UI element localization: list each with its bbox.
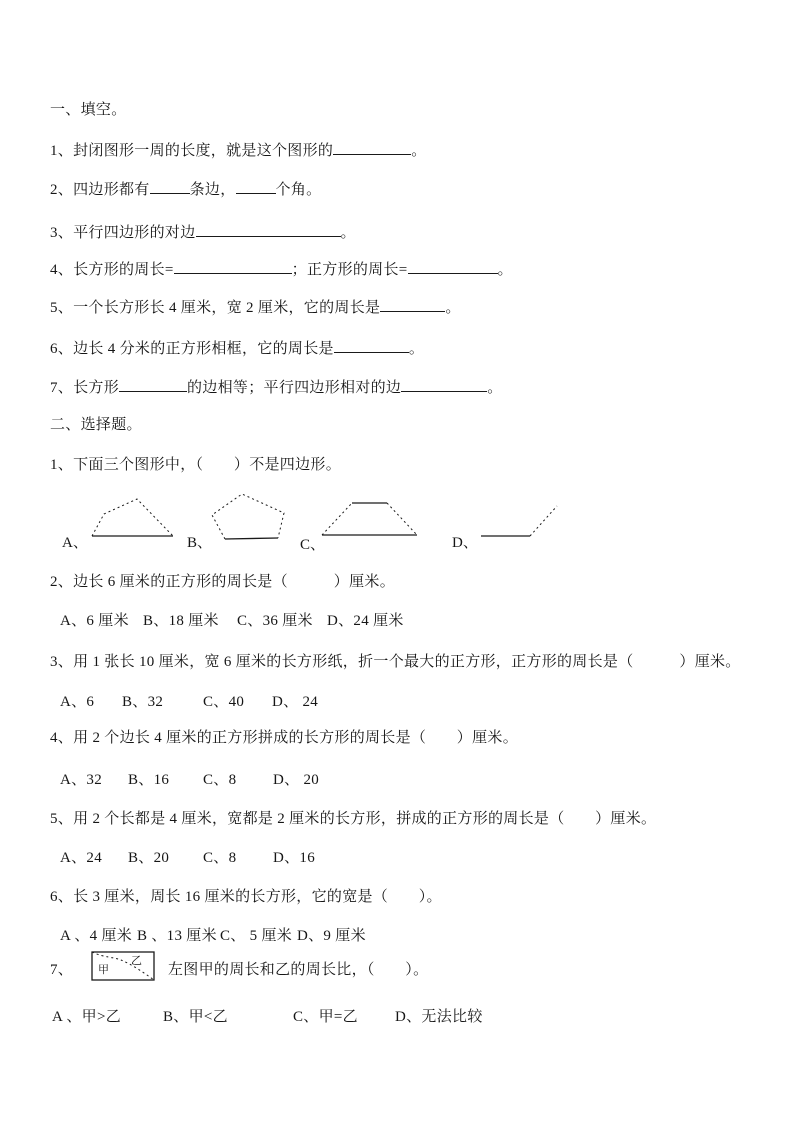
option-c: C、 5 厘米: [220, 926, 292, 946]
fill-q2: 2、四边形都有条边，个角。: [50, 179, 321, 200]
choice-q2: 2、边长 6 厘米的正方形的周长是（ ）厘米。: [50, 572, 395, 592]
trapezoid-figure: [320, 500, 420, 538]
option-a: A、24: [60, 848, 102, 868]
fill-q3-blank: [196, 222, 341, 237]
fill-q2-end: 个角。: [276, 182, 322, 198]
fill-q1-text: 1、封闭图形一周的长度，就是这个图形的: [50, 143, 333, 159]
choice-q1-figures: A、 B、 C、 D、: [0, 488, 793, 554]
choice-q7-text: 左图甲的周长和乙的周长比，（ ）。: [168, 960, 428, 980]
option-c: C、40: [203, 692, 244, 712]
fill-q6-blank: [334, 338, 409, 353]
fill-q6: 6、边长 4 分米的正方形相框，它的周长是。: [50, 338, 424, 359]
fill-q5-text: 5、一个长方形长 4 厘米，宽 2 厘米，它的周长是: [50, 300, 380, 316]
section2-title: 二、选择题。: [50, 415, 142, 435]
region-jia-label: 甲: [98, 963, 109, 976]
fill-q4-blank1: [174, 259, 292, 274]
option-a: A 、4 厘米: [60, 926, 132, 946]
fill-q5-blank: [380, 297, 445, 312]
pentagon-figure: [210, 490, 288, 542]
fill-q2-text: 2、四边形都有: [50, 182, 150, 198]
choice-q3: 3、用 1 张长 10 厘米，宽 6 厘米的长方形纸，折一个最大的正方形，正方形…: [50, 652, 741, 672]
fill-q7-blank2: [401, 377, 487, 392]
fill-q3-text: 3、平行四边形的对边: [50, 225, 196, 241]
figure-a-label: A、: [62, 531, 88, 552]
choice-q2-options: A、6 厘米 B、18 厘米 C、36 厘米 D、24 厘米: [0, 611, 793, 633]
fill-q4-mid: ；正方形的周长=: [292, 262, 408, 278]
fill-q4-blank2: [408, 259, 498, 274]
region-yi-label: 乙: [131, 954, 142, 967]
option-a: A、32: [60, 770, 102, 790]
option-a: A、6: [60, 692, 94, 712]
option-a: A 、甲>乙: [52, 1007, 121, 1027]
option-d: D、16: [273, 848, 315, 868]
choice-q6-options: A 、4 厘米 B 、13 厘米 C、 5 厘米 D、9 厘米: [0, 926, 793, 948]
fill-q4-end: 。: [498, 262, 513, 278]
fill-q6-end: 。: [409, 341, 424, 357]
option-b: B、20: [128, 848, 169, 868]
choice-q5-options: A、24 B、20 C、8 D、16: [0, 848, 793, 870]
fill-q3-end: 。: [341, 225, 356, 241]
figure-b-label: B、: [187, 531, 212, 552]
option-d: D、 20: [273, 770, 319, 790]
figure-d-label: D、: [452, 531, 478, 552]
option-d: D、9 厘米: [297, 926, 366, 946]
fill-q6-text: 6、边长 4 分米的正方形相框，它的周长是: [50, 341, 334, 357]
option-c: C、8: [203, 848, 236, 868]
fill-q7: 7、长方形的边相等；平行四边形相对的边。: [50, 377, 503, 398]
option-b: B、16: [128, 770, 169, 790]
fill-q1: 1、封闭图形一周的长度，就是这个图形的。: [50, 140, 427, 161]
choice-q6: 6、长 3 厘米，周长 16 厘米的长方形，它的宽是（ ）。: [50, 887, 442, 907]
fill-q7-blank1: [119, 377, 187, 392]
option-b: B、18 厘米: [143, 611, 219, 631]
quadrilateral-figure: [89, 493, 177, 537]
fill-q1-blank: [333, 140, 411, 155]
jia-yi-rectangle-diagram: 甲 乙: [91, 951, 155, 981]
option-c: C、36 厘米: [237, 611, 313, 631]
option-c: C、甲=乙: [293, 1007, 358, 1027]
choice-q7-number: 7、: [50, 960, 73, 980]
option-a: A、6 厘米: [60, 611, 129, 631]
option-b: B、32: [122, 692, 163, 712]
fill-q2-blank1: [150, 179, 190, 194]
option-b: B 、13 厘米: [137, 926, 217, 946]
option-d: D、 24: [272, 692, 318, 712]
choice-q4: 4、用 2 个边长 4 厘米的正方形拼成的长方形的周长是（ ）厘米。: [50, 728, 518, 748]
fill-q7-end: 。: [487, 380, 502, 396]
open-polyline-figure: [479, 503, 561, 539]
option-c: C、8: [203, 770, 236, 790]
worksheet-page: 一、填空。 1、封闭图形一周的长度，就是这个图形的。 2、四边形都有条边，个角。…: [0, 0, 793, 1122]
fill-q7-text: 7、长方形: [50, 380, 119, 396]
option-b: B、甲<乙: [163, 1007, 228, 1027]
fill-q1-period: 。: [411, 143, 426, 159]
section1-title: 一、填空。: [50, 100, 127, 120]
option-d: D、无法比较: [395, 1007, 483, 1027]
fill-q5-end: 。: [445, 300, 460, 316]
fill-q4-text: 4、长方形的周长=: [50, 262, 174, 278]
fill-q2-mid: 条边，: [190, 182, 236, 198]
choice-q7-options: A 、甲>乙 B、甲<乙 C、甲=乙 D、无法比较: [0, 1007, 793, 1029]
fill-q3: 3、平行四边形的对边。: [50, 222, 356, 243]
choice-q1: 1、下面三个图形中，（ ）不是四边形。: [50, 455, 341, 475]
option-d: D、24 厘米: [327, 611, 404, 631]
fill-q5: 5、一个长方形长 4 厘米，宽 2 厘米，它的周长是。: [50, 297, 461, 318]
fill-q4: 4、长方形的周长=；正方形的周长=。: [50, 259, 513, 280]
fill-q7-mid: 的边相等；平行四边形相对的边: [187, 380, 401, 396]
choice-q5: 5、用 2 个长都是 4 厘米，宽都是 2 厘米的长方形，拼成的正方形的周长是（…: [50, 809, 656, 829]
choice-q3-options: A、6 B、32 C、40 D、 24: [0, 692, 793, 714]
fill-q2-blank2: [236, 179, 276, 194]
choice-q4-options: A、32 B、16 C、8 D、 20: [0, 770, 793, 792]
